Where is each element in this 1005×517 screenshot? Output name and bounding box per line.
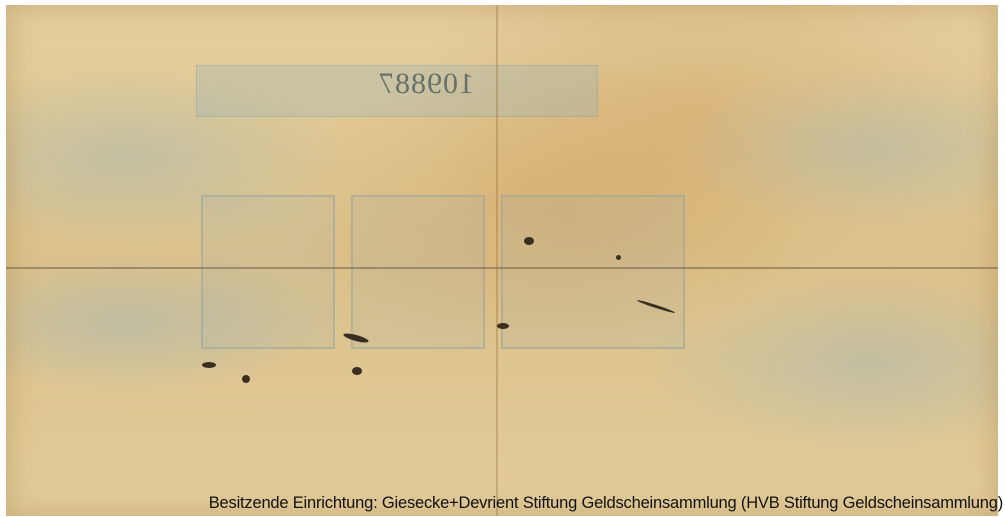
banknote-reverse: 109887 xyxy=(6,5,998,516)
ornament-panel-right xyxy=(501,195,685,349)
ink-stain xyxy=(352,367,362,375)
vertical-fold xyxy=(496,5,498,516)
ownership-caption: Besitzende Einrichtung: Giesecke+Devrien… xyxy=(209,494,1003,513)
ink-stain xyxy=(524,237,534,245)
serial-number: 109887 xyxy=(378,67,474,101)
horizontal-fold xyxy=(6,267,998,269)
ornament-panel-left xyxy=(201,195,335,349)
ornament-panel-center xyxy=(351,195,485,349)
ink-stain xyxy=(497,323,509,329)
ink-stain xyxy=(202,362,216,368)
ink-stain xyxy=(242,375,250,383)
ink-stain xyxy=(616,255,621,260)
